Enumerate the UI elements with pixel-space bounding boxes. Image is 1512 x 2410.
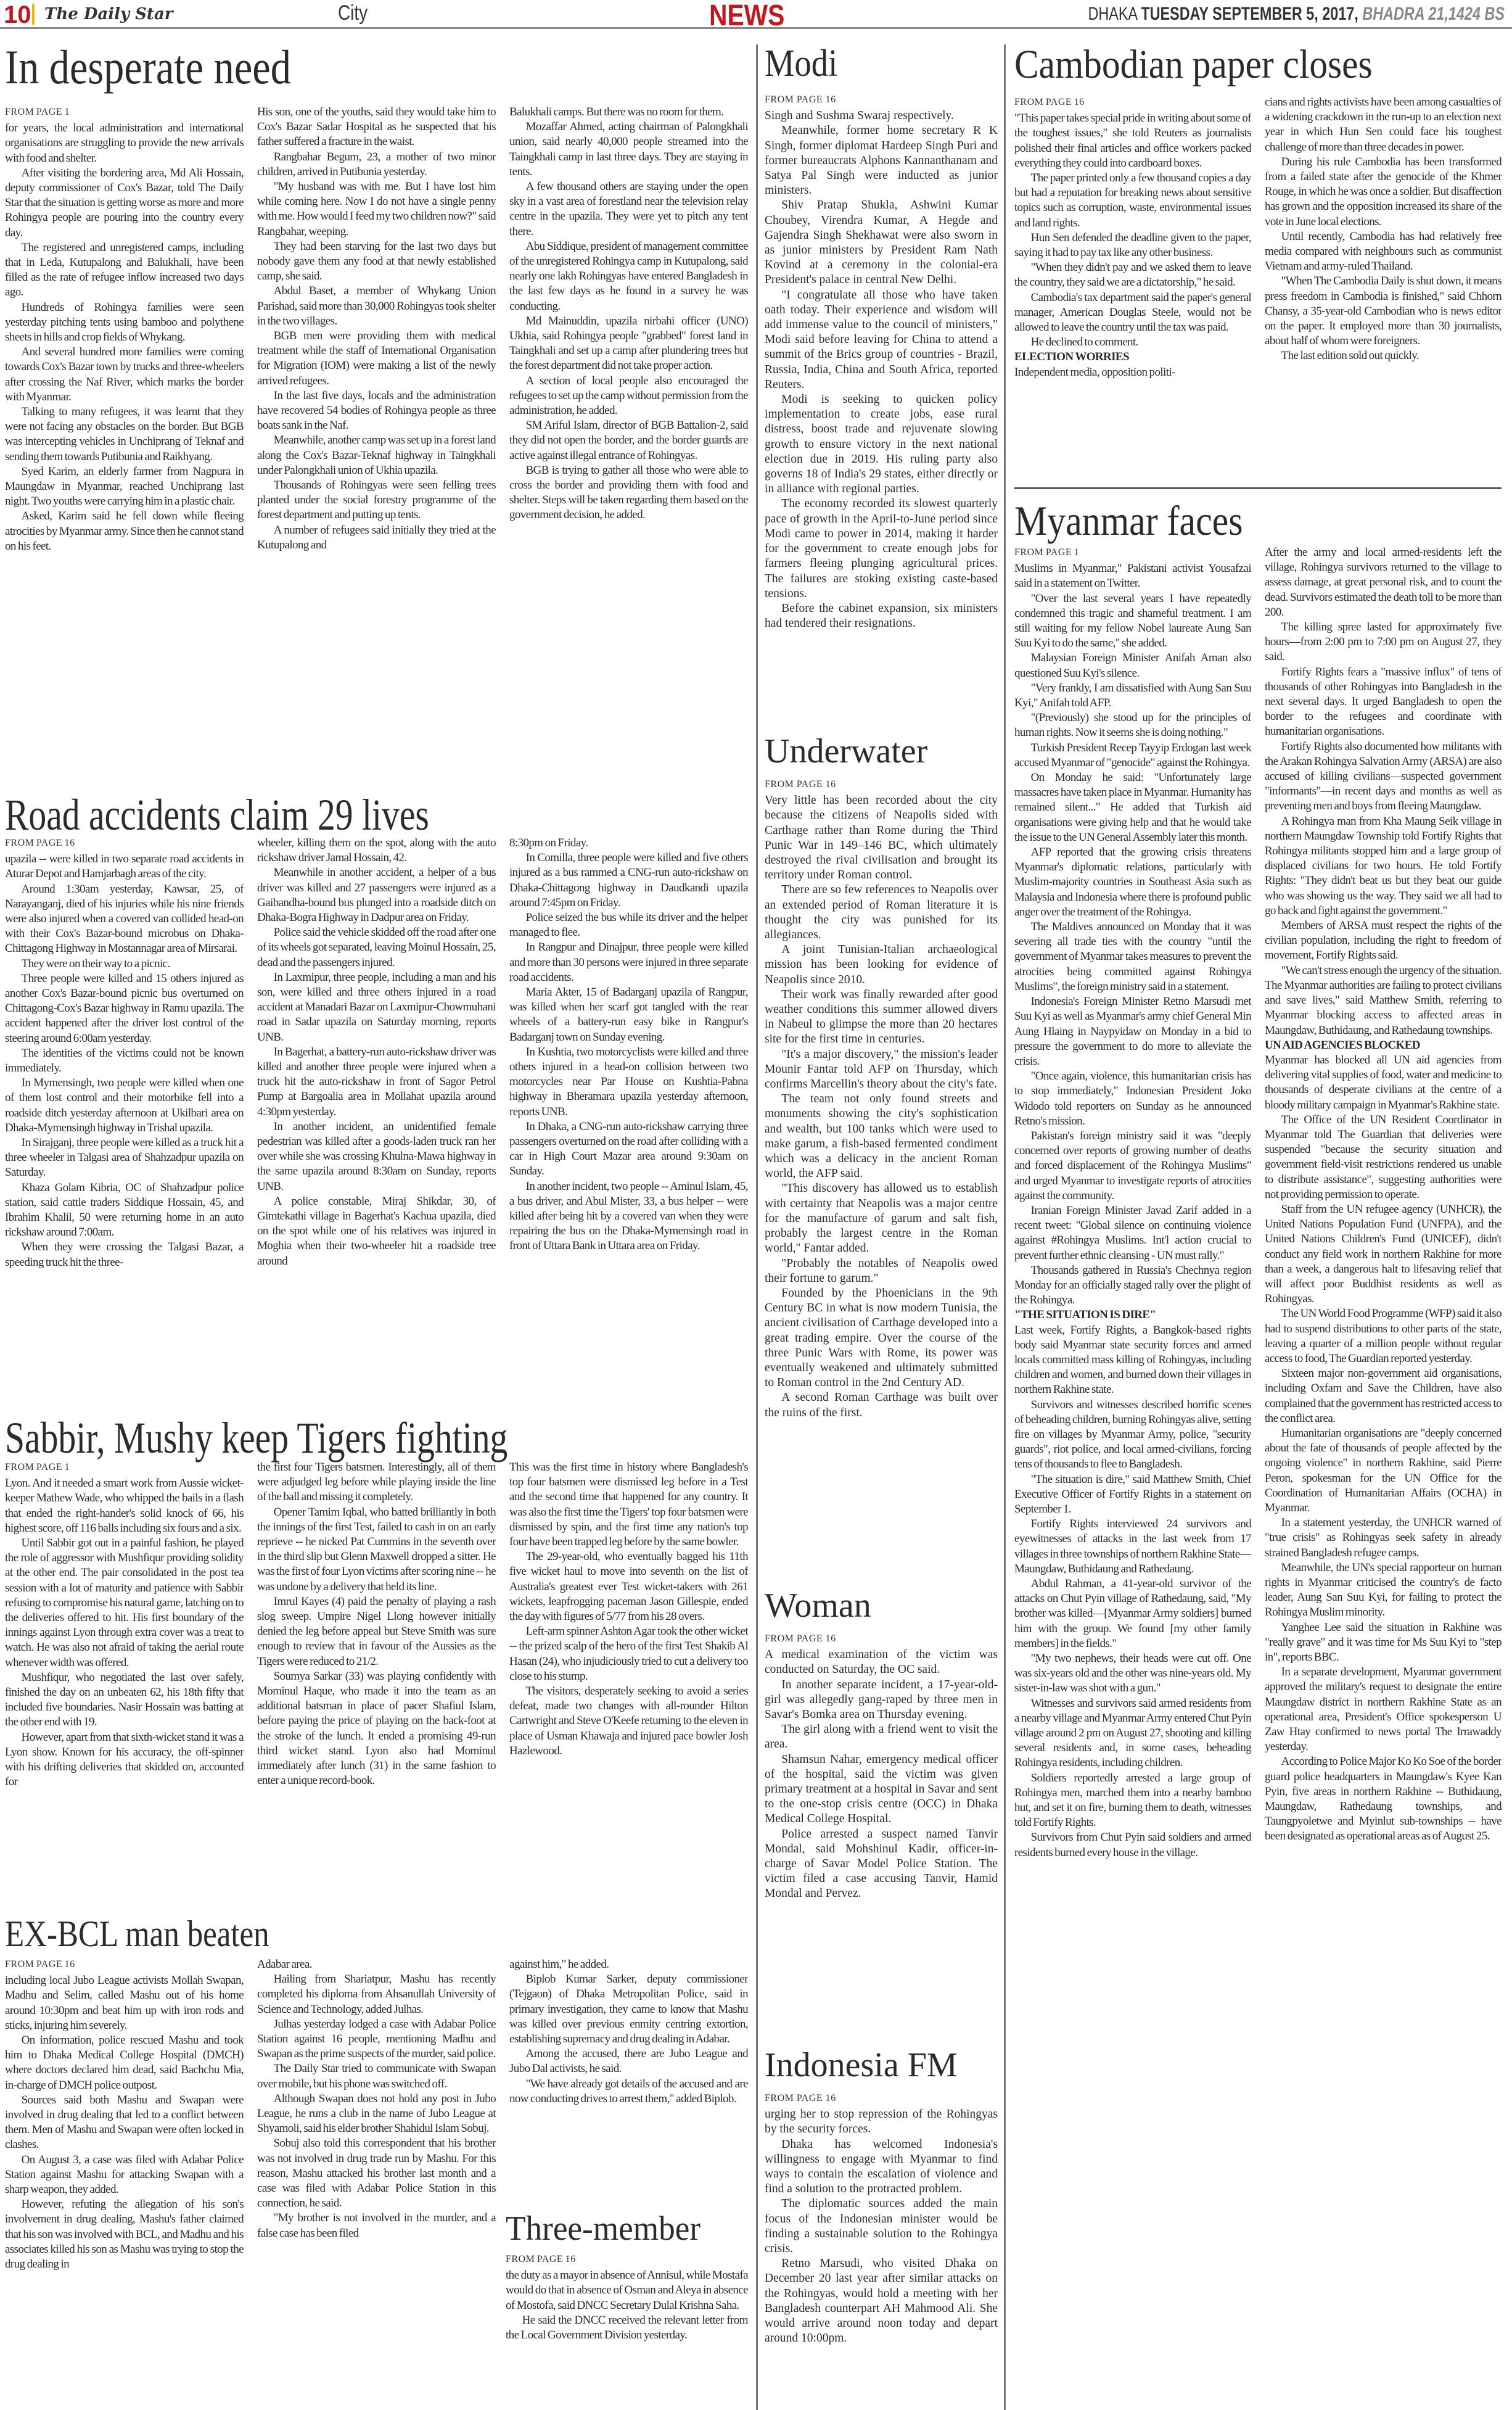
column-divider [756,44,758,2410]
paragraph: During his rule Cambodia has been transf… [1265,155,1502,229]
paragraph: "Very frankly, I am dissatisfied with Au… [1014,681,1251,711]
paragraph: Balukhali camps. But there was no room f… [509,105,748,120]
paragraph: Asked, Karim said he fell down while fle… [5,509,244,554]
paragraph: Maria Akter, 15 of Badarganj upazila of … [509,985,748,1045]
paragraph: In Rangpur and Dinajpur, three people we… [509,940,748,985]
paragraph: "The situation is dire," said Matthew Sm… [1014,1472,1251,1517]
paragraph: A Rohingya man from Kha Maung Seik villa… [1265,814,1502,918]
paragraph: On August 3, a case was filed with Adaba… [5,2153,244,2198]
paragraph: The killing spree lasted for approximate… [1265,620,1502,665]
headline[interactable]: Myanmar faces [1014,500,1443,542]
text-column: FROM PAGE 1Muslims in Myanmar," Pakistan… [1014,545,1251,2408]
paragraph: Hailing from Shariatpur, Mashu has recen… [257,1972,496,2017]
paragraph: Sobuj also told this correspondent that … [257,2136,496,2211]
newspaper-logo[interactable]: The Daily Star [44,5,173,23]
from-page-label: FROM PAGE 1 [5,1460,244,1475]
paragraph: "When they didn't pay and we asked them … [1014,260,1251,290]
paragraph: Until Sabbir got out in a painful fashio… [5,1536,244,1670]
paragraph: Talking to many refugees, it was learnt … [5,405,244,464]
from-page-label: FROM PAGE 16 [5,1957,244,1972]
text-column: FROM PAGE 16the duty as a mayor in absen… [506,2252,748,2410]
paragraph: Police arrested a suspect named Tanvir M… [765,1827,998,1902]
text-column: After the army and local armed-residents… [1265,545,1502,2408]
paragraph: His son, one of the youths, said they wo… [257,105,496,150]
paragraph: There are so few references to Neapolis … [765,883,998,943]
paragraph: According to Police Major Ko Ko Soe of t… [1265,1754,1502,1844]
paragraph: The economy recorded its slowest quarter… [765,497,998,601]
paragraph: Thousands of Rohingyas were seen felling… [257,478,496,523]
paragraph: In Mymensingh, two people were killed wh… [5,1076,244,1136]
paragraph: A few thousand others are staying under … [509,180,748,239]
paragraph: Iranian Foreign Minister Javad Zarif add… [1014,1203,1251,1263]
paragraph: Meanwhile in another accident, a helper … [257,865,496,925]
from-page-label: FROM PAGE 1 [5,105,244,120]
paragraph: Dhaka has welcomed Indonesia's willingne… [765,2137,998,2197]
story-three-member: Three-member FROM PAGE 16the duty as a m… [506,2211,748,2410]
paragraph: Until recently, Cambodia has had relativ… [1265,229,1502,274]
paragraph: Meanwhile, the UN's special rapporteur o… [1265,1561,1502,1620]
paragraph: A police constable, Miraj Shikdar, 30, o… [257,1194,496,1269]
paragraph: The paper printed only a few thousand co… [1014,171,1251,231]
paragraph: In a statement yesterday, the UNHCR warn… [1265,1516,1502,1561]
paragraph: cians and rights activists have been amo… [1265,95,1502,155]
story-indonesia-fm: Indonesia FM FROM PAGE 16urging her to s… [765,2048,998,2410]
paragraph: Hun Sen defended the deadline given to t… [1014,231,1251,260]
paragraph: "This discovery has allowed us to establ… [765,1181,998,1256]
paragraph: In Dhaka, a CNG-run auto-rickshaw carryi… [509,1120,748,1179]
paragraph: Before the cabinet expansion, six minist… [765,601,998,631]
paragraph: Meanwhile, another camp was set up in a … [257,433,496,478]
text-column: FROM PAGE 16including local Jubo League … [5,1957,244,2410]
paragraph: In Sirajganj, three people were killed a… [5,1136,244,1181]
paragraph: Founded by the Phoenicians in the 9th Ce… [765,1286,998,1390]
paragraph: SM Ariful Islam, director of BGB Battali… [509,418,748,463]
paragraph: Cambodia's tax department said the paper… [1014,291,1251,336]
paragraph: Although Swapan does not hold any post i… [257,2092,496,2137]
paragraph: A medical examination of the victim was … [765,1648,998,1677]
paragraph: "When The Cambodia Daily is shut down, i… [1265,274,1502,349]
story-divider [1014,487,1502,489]
paragraph: Rangbahar Begum, 23, a mother of two min… [257,150,496,180]
section-label: City [338,1,368,25]
paragraph: However, refuting the allegation of his … [5,2197,244,2272]
paragraph: The Office of the UN Resident Coordinato… [1265,1113,1502,1202]
paragraph: Opener Tamim Iqbal, who batted brilliant… [257,1505,496,1595]
paragraph: The diplomatic sources added the main fo… [765,2197,998,2256]
paragraph: Sources said both Mashu and Swapan were … [5,2093,244,2153]
headline[interactable]: Woman [765,1588,998,1623]
paragraph: Md Mainuddin, upazila nirbahi officer (U… [509,314,748,374]
paragraph: Their work was finally rewarded after go… [765,988,998,1047]
text-column: 8:30pm on Friday.In Comilla, three peopl… [509,836,748,1403]
story-modi: Modi FROM PAGE 16Singh and Sushma Swaraj… [765,44,998,723]
masthead: 10 The Daily Star City NEWS DHAKA TUESDA… [0,0,1512,28]
paragraph: 8:30pm on Friday. [509,836,748,851]
headline[interactable]: Modi [765,44,970,83]
paragraph: "We can't stress enough the urgency of t… [1265,964,1502,1038]
headline[interactable]: Three-member [506,2211,736,2246]
paragraph: In Laxmipur, three people, including a m… [257,970,496,1045]
paragraph: Fortify Rights fears a "massive influx" … [1265,665,1502,740]
paragraph: BGB is trying to gather all those who we… [509,463,748,523]
paragraph: "It's a major discovery," the mission's … [765,1047,998,1092]
subheading: UN AID AGENCIES BLOCKED [1265,1038,1502,1053]
paragraph: Last week, Fortify Rights, a Bangkok-bas… [1014,1323,1251,1398]
story-cambodian-paper: Cambodian paper closes FROM PAGE 16"This… [1014,44,1502,482]
paragraph: "This paper takes special pride in writi… [1014,111,1251,171]
paragraph: The UN World Food Programme (WFP) said i… [1265,1306,1502,1366]
paragraph: Independent media, opposition politi- [1014,365,1251,380]
paragraph: wheeler, killing them on the spot, along… [257,836,496,865]
text-column: FROM PAGE 1for years, the local administ… [5,105,244,783]
paragraph: Mozaffar Ahmed, acting chairman of Palon… [509,120,748,180]
paragraph: This was the first time in history where… [509,1460,748,1550]
paragraph: "(Previously) she stood up for the princ… [1014,711,1251,740]
paragraph: for years, the local administration and … [5,121,244,166]
paragraph: In Comilla, three people were killed and… [509,851,748,910]
paragraph: A second Roman Carthage was built over t… [765,1390,998,1420]
from-page-label: FROM PAGE 16 [765,93,998,107]
paragraph: Imrul Kayes (4) paid the penalty of play… [257,1595,496,1669]
paragraph: "I congratulate all those who have taken… [765,288,998,392]
paragraph: Pakistan's foreign ministry said it was … [1014,1129,1251,1203]
paragraph: In another incident, an unidentified fem… [257,1120,496,1194]
paragraph: Police said the vehicle skidded off the … [257,925,496,970]
paragraph: The identities of the victims could not … [5,1046,244,1076]
paragraph: "Once again, violence, this humanitarian… [1014,1069,1251,1129]
from-page-label: FROM PAGE 16 [765,777,998,792]
paragraph: The team not only found streets and monu… [765,1092,998,1181]
paragraph: Adabar area. [257,1957,496,1972]
paragraph: Three people were killed and 15 others i… [5,972,244,1046]
paragraph: Among the accused, there are Jubo League… [509,2047,748,2076]
paragraph: Malaysian Foreign Minister Anifah Aman a… [1014,651,1251,680]
story-in-desperate-need: In desperate need FROM PAGE 1for years, … [5,43,748,783]
paragraph: And several hundred more families were c… [5,345,244,405]
paragraph: Lyon. And it needed a smart work from Au… [5,1476,244,1536]
story-road-accidents: Road accidents claim 29 lives FROM PAGE … [5,793,748,1403]
text-column: His son, one of the youths, said they wo… [257,105,496,783]
paragraph: On Monday he said: "Unfortunately large … [1014,770,1251,845]
paragraph: BGB men were providing them with medical… [257,329,496,389]
paragraph: They were on their way to a picnic. [5,957,244,972]
paragraph: including local Jubo League activists Mo… [5,1973,244,2033]
paragraph: Very little has been recorded about the … [765,793,998,883]
page-number: 10 [4,1,31,29]
paragraph: AFP reported that the growing crisis thr… [1014,845,1251,920]
paragraph: On information, police rescued Mashu and… [5,2033,244,2093]
text-column: FROM PAGE 16A medical examination of the… [765,1632,998,2002]
paragraph: Abdul Baset, a member of Whykang Union P… [257,284,496,329]
paragraph: Shiv Pratap Shukla, Ashwini Kumar Choube… [765,198,998,287]
paragraph: "My two nephews, their heads were cut of… [1014,1651,1251,1696]
paragraph: Abdul Rahman, a 41-year-old survivor of … [1014,1577,1251,1651]
text-column: Balukhali camps. But there was no room f… [509,105,748,783]
issue-date: DHAKA TUESDAY SEPTEMBER 5, 2017, BHADRA … [1088,4,1505,25]
paragraph: Thousands gathered in Russia's Chechnya … [1014,1263,1251,1308]
paragraph: When they were crossing the Talgasi Baza… [5,1240,244,1269]
story-underwater: Underwater FROM PAGE 16Very little has b… [765,734,998,1579]
text-column: FROM PAGE 16"This paper takes special pr… [1014,95,1251,484]
headline[interactable]: Cambodian paper closes [1014,44,1453,85]
text-column: FROM PAGE 16urging her to stop repressio… [765,2091,998,2410]
text-column: wheeler, killing them on the spot, along… [257,836,496,1403]
paragraph: "Over the last several years I have repe… [1014,592,1251,651]
paragraph: The last edition sold out quickly. [1265,349,1502,363]
paragraph: Mushfiqur, who negotiated the last over … [5,1670,244,1730]
paragraph: Julhas yesterday lodged a case with Adab… [257,2017,496,2062]
paragraph: Soldiers reportedly arrested a large gro… [1014,1771,1251,1831]
subheading: "THE SITUATION IS DIRE" [1014,1308,1251,1323]
text-column: FROM PAGE 16Singh and Sushma Swaraj resp… [765,93,998,722]
column-divider [1004,44,1006,2410]
paragraph: urging her to stop repression of the Roh… [765,2107,998,2137]
paragraph: Retno Marsudi, who visited Dhaka on Dece… [765,2256,998,2346]
paragraph: Meanwhile, former home secretary R K Sin… [765,123,998,198]
paragraph: In another separate incident, a 17-year-… [765,1678,998,1723]
paragraph: "Probably the notables of Neapolis owed … [765,1257,998,1286]
headline[interactable]: Indonesia FM [765,2048,998,2082]
paragraph: Witnesses and survivors said armed resid… [1014,1696,1251,1771]
headline[interactable]: Road accidents claim 29 lives [5,793,599,837]
paragraph: In Bagerhat, a battery-run auto-rickshaw… [257,1045,496,1120]
paragraph: Fortify Rights interviewed 24 survivors … [1014,1517,1251,1577]
paragraph: The Maldives announced on Monday that it… [1014,920,1251,994]
text-column: FROM PAGE 16Very little has been recorde… [765,777,998,1579]
paragraph: In a separate development, Myanmar gover… [1265,1665,1502,1754]
text-column: Adabar area.Hailing from Shariatpur, Mas… [257,1957,496,2410]
paragraph: They had been starving for the last two … [257,239,496,284]
story-woman: Woman FROM PAGE 16A medical examination … [765,1588,998,2002]
paragraph: The 29-year-old, who eventually bagged h… [509,1550,748,1624]
text-column: FROM PAGE 16upazila -- were killed in tw… [5,836,244,1403]
paragraph: Shamsun Nahar, emergency medical officer… [765,1752,998,1827]
paragraph: Myanmar has blocked all UN aid agencies … [1265,1053,1502,1113]
headline[interactable]: In desperate need [5,43,636,91]
paragraph: A joint Tunisian-Italian archaeological … [765,943,998,988]
paragraph: However, apart from that sixth-wicket st… [5,1730,244,1790]
paragraph: Survivors and witnesses described horrif… [1014,1398,1251,1472]
from-page-label: FROM PAGE 16 [1014,95,1251,110]
paragraph: Left-arm spinner Ashton Agar took the ot… [509,1624,748,1684]
headline[interactable]: Sabbir, Mushy keep Tigers fighting [5,1416,599,1460]
paragraph: A section of local people also encourage… [509,374,748,419]
paragraph: Biplob Kumar Sarker, deputy commissioner… [509,1972,748,2047]
paragraph: Khaza Golam Kibria, OC of Shahzadpur pol… [5,1181,244,1240]
paragraph: The visitors, desperately seeking to avo… [509,1684,748,1759]
paragraph: Around 1:30am yesterday, Kawsar, 25, of … [5,882,244,957]
text-column: cians and rights activists have been amo… [1265,95,1502,484]
paragraph: against him," he added. [509,1957,748,1972]
paragraph: Fortify Rights also documented how milit… [1265,740,1502,814]
paragraph: Members of ARSA must respect the rights … [1265,918,1502,964]
masthead-divider [32,4,35,25]
paragraph: the duty as a mayor in absence of Annisu… [506,2268,748,2313]
paragraph: After the army and local armed-residents… [1265,545,1502,620]
paragraph: Syed Karim, an elderly farmer from Nagpu… [5,464,244,510]
paragraph: He declined to comment. [1014,335,1251,350]
paragraph: The registered and unregistered camps, i… [5,241,244,300]
paragraph: In the last five days, locals and the ad… [257,389,496,434]
paragraph: The girl along with a friend went to vis… [765,1722,998,1752]
from-page-label: FROM PAGE 16 [506,2252,748,2267]
paragraph: Survivors from Chut Pyin said soldiers a… [1014,1830,1251,1860]
from-page-label: FROM PAGE 16 [765,1632,998,1646]
paragraph: "We have already got details of the accu… [509,2077,748,2107]
paragraph: Soumya Sarkar (33) was playing confident… [257,1669,496,1789]
paragraph: A number of refugees said initially they… [257,523,496,553]
paragraph: Police seized the bus while its driver a… [509,910,748,940]
paragraph: In another incident, two people -- Aminu… [509,1179,748,1254]
paragraph: Abu Siddique, president of management co… [509,239,748,314]
paragraph: the first four Tigers batsmen. Interesti… [257,1460,496,1505]
paragraph: After visiting the bordering area, Md Al… [5,166,244,241]
paragraph: Modi is seeking to quicken policy implem… [765,392,998,497]
from-page-label: FROM PAGE 1 [1014,545,1251,560]
paragraph: Yanghee Lee said the situation in Rakhin… [1265,1620,1502,1665]
paragraph: Singh and Sushma Swaraj respectively. [765,109,998,123]
paragraph: He said the DNCC received the relevant l… [506,2313,748,2343]
paragraph: Hundreds of Rohingya families were seen … [5,300,244,345]
from-page-label: FROM PAGE 16 [765,2091,998,2106]
paragraph: "My husband was with me. But I have lost… [257,180,496,239]
paragraph: Muslims in Myanmar," Pakistani activist … [1014,561,1251,591]
paragraph: The Daily Star tried to communicate with… [257,2061,496,2091]
story-myanmar-faces: Myanmar faces FROM PAGE 1Muslims in Myan… [1014,500,1502,2410]
headline[interactable]: EX-BCL man beaten [5,1915,636,1952]
subheading: ELECTION WORRIES [1014,350,1251,365]
from-page-label: FROM PAGE 16 [5,836,244,851]
paragraph: In Kushtia, two motorcyclists were kille… [509,1045,748,1120]
headline[interactable]: Underwater [765,734,998,769]
paragraph: Turkish President Recep Tayyip Erdogan l… [1014,741,1251,770]
paragraph: upazila -- were killed in two separate r… [5,852,244,881]
paragraph: Sixteen major non-government aid organis… [1265,1366,1502,1426]
paragraph: Indonesia's Foreign Minister Retno Marsu… [1014,994,1251,1069]
paragraph: Humanitarian organisations are "deeply c… [1265,1426,1502,1516]
masthead-rule [0,27,1512,29]
paragraph: "My brother is not involved in the murde… [257,2211,496,2240]
paragraph: Staff from the UN refugee agency (UNHCR)… [1265,1202,1502,1306]
